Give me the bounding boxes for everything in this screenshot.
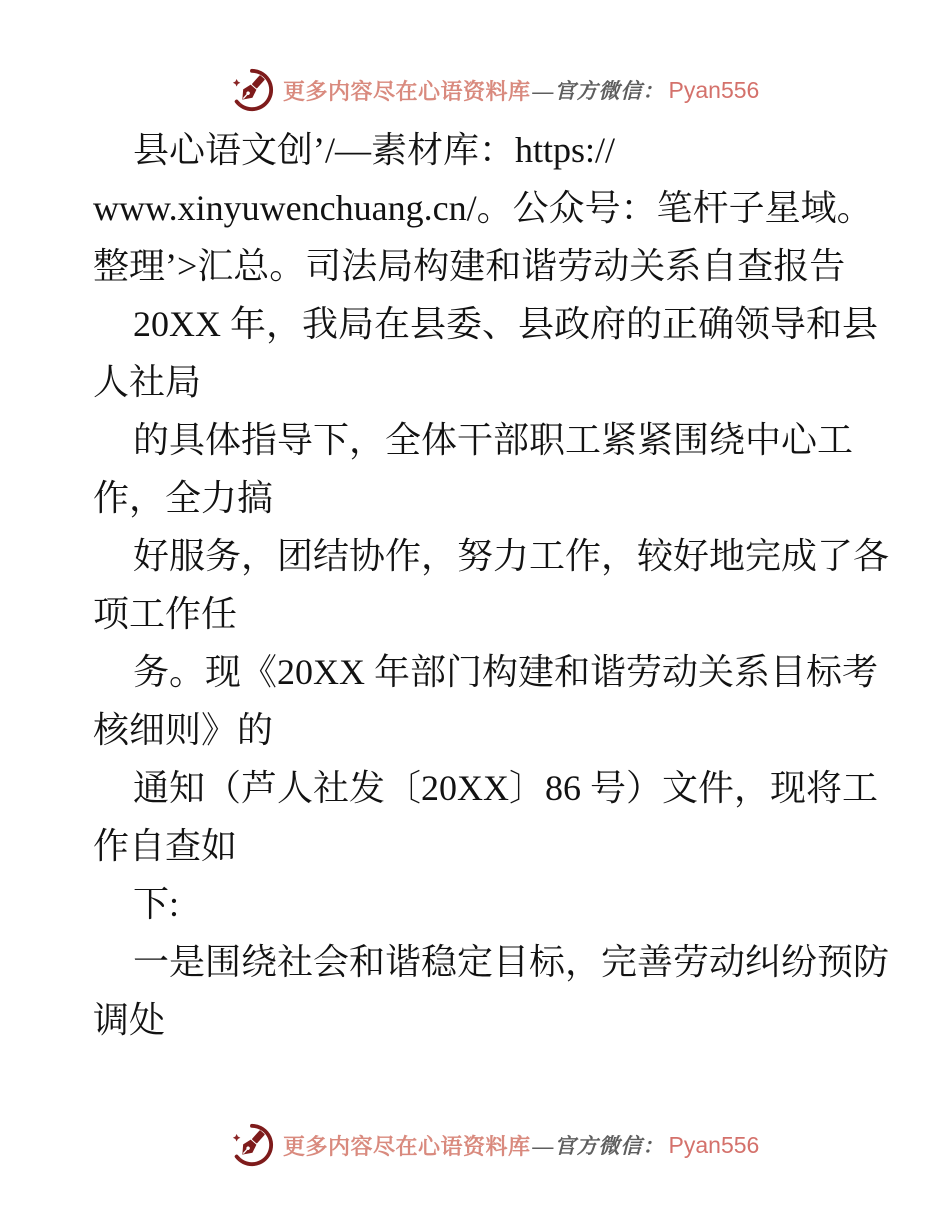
document-line: www.xinyuwenchuang.cn/。公众号：笔杆子星域。: [93, 179, 893, 237]
document-line: 20XX 年，我局在县委、县政府的正确领导和县: [93, 295, 893, 353]
watermark-wechat-label: —官方微信：: [533, 75, 665, 105]
document-line: 好服务，团结协作，努力工作，较好地完成了各: [93, 527, 893, 585]
document-line: 务。现《20XX 年部门构建和谐劳动关系目标考: [93, 643, 893, 701]
document-line: 核细则》的: [93, 701, 893, 759]
document-line: 作自查如: [93, 817, 893, 875]
document-line: 下:: [93, 875, 893, 933]
watermark-wechat-label: —官方微信：: [533, 1130, 665, 1160]
document-line: 调处: [93, 991, 893, 1049]
watermark-brand-text: 更多内容尽在心语资料库: [283, 1130, 531, 1161]
header-watermark: 更多内容尽在心语资料库 —官方微信： Pyan556: [228, 66, 759, 114]
pen-nib-circle-icon: [228, 1122, 274, 1168]
document-line: 项工作任: [93, 585, 893, 643]
document-line: 整理’>汇总。司法局构建和谐劳动关系自查报告: [93, 237, 893, 295]
document-line: 的具体指导下，全体干部职工紧紧围绕中心工: [93, 411, 893, 469]
watermark-wechat-id: Pyan556: [669, 1132, 760, 1159]
pen-nib-circle-icon: [228, 67, 274, 113]
document-line: 一是围绕社会和谐稳定目标，完善劳动纠纷预防: [93, 933, 893, 991]
document-line: 县心语文创’/—素材库：https://: [93, 121, 893, 179]
document-page: 更多内容尽在心语资料库 —官方微信： Pyan556 县心语文创’/—素材库：h…: [0, 0, 950, 1230]
document-line: 人社局: [93, 353, 893, 411]
document-line: 作，全力搞: [93, 469, 893, 527]
footer-watermark: 更多内容尽在心语资料库 —官方微信： Pyan556: [228, 1121, 759, 1169]
document-body: 县心语文创’/—素材库：https://www.xinyuwenchuang.c…: [93, 121, 893, 1049]
document-line: 通知（芦人社发〔20XX〕86 号）文件，现将工: [93, 759, 893, 817]
watermark-wechat-id: Pyan556: [669, 77, 760, 104]
watermark-brand-text: 更多内容尽在心语资料库: [283, 75, 531, 106]
